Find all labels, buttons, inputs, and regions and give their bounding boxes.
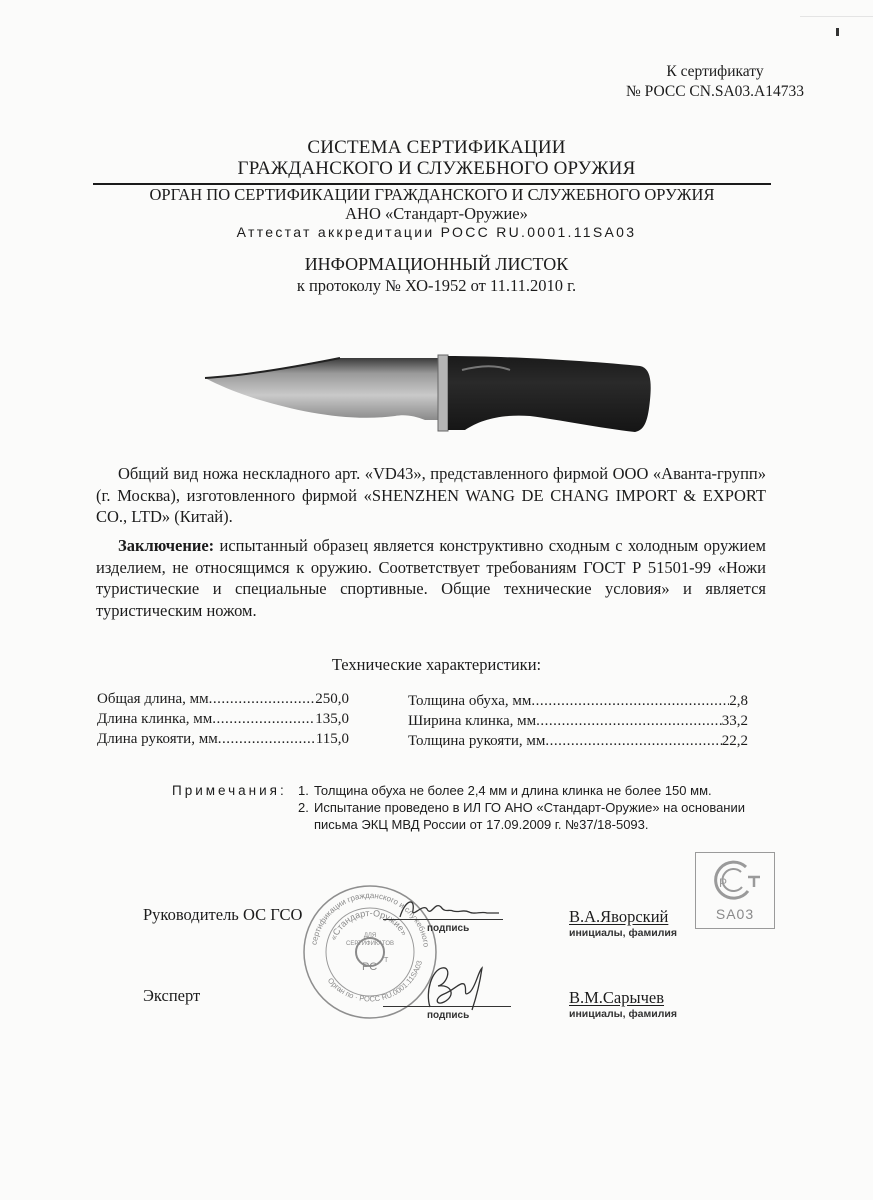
spec-value: 2,8 bbox=[729, 691, 748, 711]
note-item: 1.Толщина обуха не более 2,4 мм и длина … bbox=[298, 782, 768, 799]
certification-organ: ОРГАН ПО СЕРТИФИКАЦИИ ГРАЖДАНСКОГО И СЛУ… bbox=[93, 185, 771, 205]
name-caption: инициалы, фамилия bbox=[569, 1008, 677, 1020]
specs-left-column: Общая длина, мм250,0 Длина клинка, мм135… bbox=[97, 689, 349, 749]
scan-artifact-line bbox=[800, 16, 873, 17]
spec-label: Ширина клинка, мм bbox=[408, 711, 536, 731]
spec-label: Толщина обуха, мм bbox=[408, 691, 531, 711]
knife-description: Общий вид ножа нескладного арт. «VD43», … bbox=[96, 463, 766, 528]
spec-row: Длина клинка, мм135,0 bbox=[97, 709, 349, 729]
signatory-role-head: Руководитель ОС ГСО bbox=[143, 905, 302, 925]
certificate-number: № РОСС CN.SA03.A14733 bbox=[590, 82, 840, 102]
notes-list: 1.Толщина обуха не более 2,4 мм и длина … bbox=[298, 782, 768, 833]
conformity-mark: Р SA03 bbox=[695, 852, 775, 929]
spec-label: Длина клинка, мм bbox=[97, 709, 212, 729]
system-title-line1: СИСТЕМА СЕРТИФИКАЦИИ bbox=[0, 137, 873, 159]
spec-value: 33,2 bbox=[722, 711, 748, 731]
spec-row: Ширина клинка, мм33,2 bbox=[408, 711, 748, 731]
signature-line-head bbox=[383, 919, 503, 920]
signatory-name-head: В.А.Яворский bbox=[569, 907, 668, 927]
scan-artifact-mark bbox=[836, 28, 839, 36]
spec-row: Толщина рукояти, мм22,2 bbox=[408, 731, 748, 751]
signature-expert bbox=[410, 962, 490, 1012]
knife-image bbox=[200, 350, 660, 440]
spec-value: 250,0 bbox=[315, 689, 349, 709]
notes-label: Примечания: bbox=[172, 783, 287, 798]
organization-name: АНО «Стандарт-Оружие» bbox=[0, 204, 873, 224]
spec-value: 135,0 bbox=[315, 709, 349, 729]
svg-text:СЕРТИФИКАТОВ: СЕРТИФИКАТОВ bbox=[346, 941, 394, 947]
certificate-reference: К сертификату № РОСС CN.SA03.A14733 bbox=[590, 62, 840, 102]
accreditation-certificate: Аттестат аккредитации РОСС RU.0001.11SA0… bbox=[0, 224, 873, 240]
spec-row: Длина рукояти, мм115,0 bbox=[97, 729, 349, 749]
conformity-code: SA03 bbox=[696, 906, 774, 922]
signatory-role-expert: Эксперт bbox=[143, 986, 200, 1006]
signatory-name-expert: В.М.Сарычев bbox=[569, 988, 664, 1008]
certificate-reference-label: К сертификату bbox=[590, 62, 840, 82]
spec-label: Общая длина, мм bbox=[97, 689, 209, 709]
conclusion-label: Заключение: bbox=[118, 536, 214, 555]
svg-text:Р: Р bbox=[719, 876, 727, 890]
rst-mark-icon: Р bbox=[706, 857, 764, 903]
spec-row: Общая длина, мм250,0 bbox=[97, 689, 349, 709]
document-title: ИНФОРМАЦИОННЫЙ ЛИСТОК bbox=[0, 254, 873, 275]
signature-caption: подпись bbox=[427, 1010, 469, 1021]
note-item: 2.Испытание проведено в ИЛ ГО АНО «Станд… bbox=[298, 799, 768, 833]
signature-line-expert bbox=[383, 1006, 511, 1007]
name-caption: инициалы, фамилия bbox=[569, 927, 677, 939]
svg-text:Т: Т bbox=[384, 957, 389, 964]
document-subtitle: к протоколу № ХО-1952 от 11.11.2010 г. bbox=[0, 276, 873, 296]
specs-title: Технические характеристики: bbox=[0, 655, 873, 675]
spec-row: Толщина обуха, мм2,8 bbox=[408, 691, 748, 711]
system-title-line2: ГРАЖДАНСКОГО И СЛУЖЕБНОГО ОРУЖИЯ bbox=[0, 158, 873, 180]
conclusion: Заключение: испытанный образец является … bbox=[96, 535, 766, 621]
signature-caption: подпись bbox=[427, 923, 469, 934]
signature-head bbox=[395, 895, 505, 925]
spec-value: 115,0 bbox=[316, 729, 349, 749]
spec-label: Длина рукояти, мм bbox=[97, 729, 218, 749]
specs-right-column: Толщина обуха, мм2,8 Ширина клинка, мм33… bbox=[408, 691, 748, 751]
spec-value: 22,2 bbox=[722, 731, 748, 751]
spec-label: Толщина рукояти, мм bbox=[408, 731, 545, 751]
svg-text:РС: РС bbox=[362, 961, 377, 973]
